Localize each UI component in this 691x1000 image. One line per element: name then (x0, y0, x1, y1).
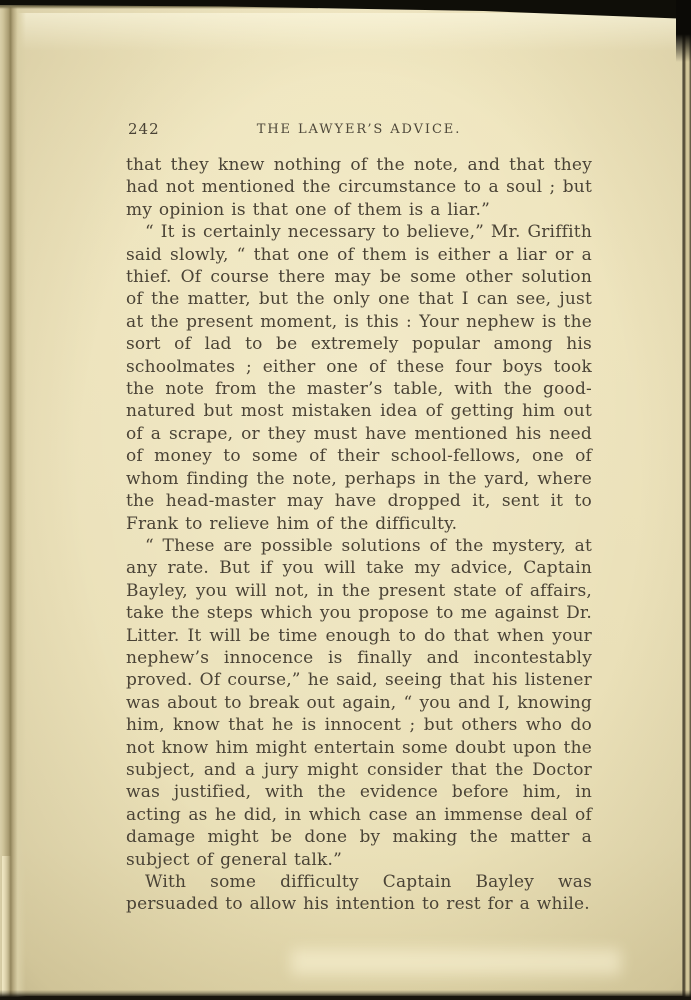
paragraph: that they knew nothing of the note, and … (126, 154, 592, 221)
page-left-edge-shadow (0, 0, 26, 1000)
scan-bottom-dark-edge (0, 990, 691, 1000)
scan-top-right-dark-corner (676, 0, 691, 62)
paper-highlight-streak (291, 949, 621, 975)
paragraph: “ These are possible solutions of the my… (126, 535, 592, 871)
paragraph: “ It is certainly necessary to believe,”… (126, 221, 592, 535)
page-bottom-left-edge (2, 856, 11, 996)
page-right-edge (682, 0, 691, 1000)
text-block: 242 THE LAWYER’S ADVICE. that they knew … (126, 119, 592, 916)
page-number: 242 (128, 120, 160, 138)
running-title: THE LAWYER’S ADVICE. (126, 119, 592, 137)
paragraph: With some difficulty Captain Bayley was … (126, 871, 592, 916)
scanned-book-page: 242 THE LAWYER’S ADVICE. that they knew … (0, 0, 691, 1000)
page-header: 242 THE LAWYER’S ADVICE. (126, 119, 592, 139)
page-top-curve-highlight (12, 13, 681, 51)
body-text: that they knew nothing of the note, and … (126, 154, 592, 916)
